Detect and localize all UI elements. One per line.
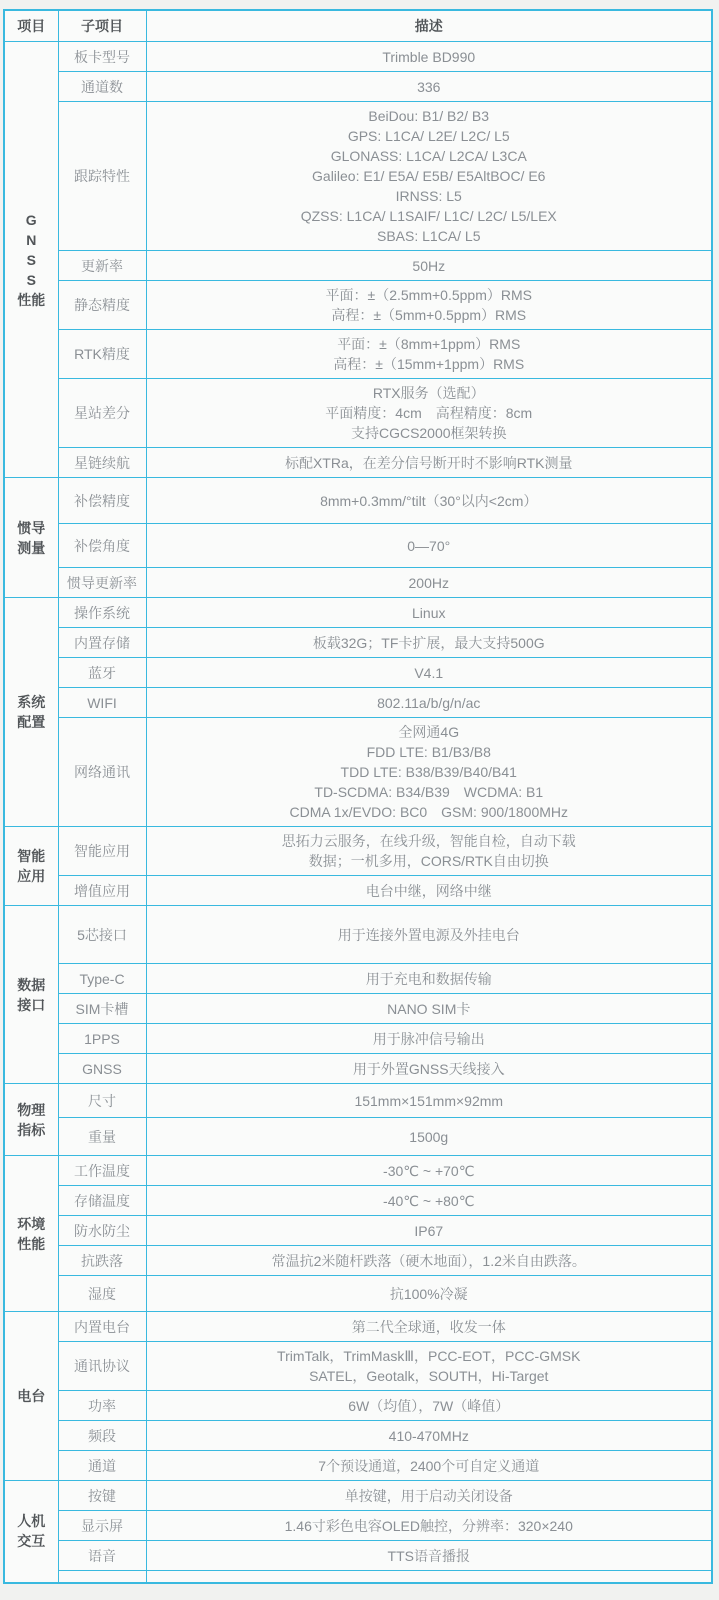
group-label-line: 应用 <box>11 866 52 886</box>
group-label-line: 性能 <box>11 1234 52 1254</box>
table-row: 语音TTS语音播报 <box>4 1541 712 1571</box>
description-cell: 板载32G；TF卡扩展，最大支持500G <box>146 628 712 658</box>
spec-table-body: GNSS性能板卡型号Trimble BD990通道数336跟踪特性BeiDou:… <box>4 42 712 1583</box>
group-label-line: 人机 <box>11 1511 52 1531</box>
description-line: 平面：±（8mm+1ppm）RMS <box>153 334 706 354</box>
description-line: V4.1 <box>153 663 706 683</box>
group-label-line: 惯导 <box>11 518 52 538</box>
table-row: 惯导更新率200Hz <box>4 568 712 598</box>
description-line: -30℃ ~ +70℃ <box>153 1161 706 1181</box>
description-cell: 常温抗2米随杆跌落（硬木地面），1.2米自由跌落。 <box>146 1246 712 1276</box>
description-line: 抗100%冷凝 <box>153 1284 706 1304</box>
subitem-cell: 跟踪特性 <box>58 102 146 251</box>
description-cell: 0—70° <box>146 524 712 568</box>
description-line: 板载32G；TF卡扩展，最大支持500G <box>153 633 706 653</box>
header-row: 项目 子项目 描述 <box>4 10 712 42</box>
description-cell: 抗100%冷凝 <box>146 1276 712 1312</box>
description-line: 第二代全球通，收发一体 <box>153 1317 706 1337</box>
description-line: 常温抗2米随杆跌落（硬木地面），1.2米自由跌落。 <box>153 1251 706 1271</box>
group-label-line: S <box>11 270 52 290</box>
table-row: 电台内置电台第二代全球通，收发一体 <box>4 1312 712 1342</box>
description-line: GLONASS: L1CA/ L2CA/ L3CA <box>153 146 706 166</box>
table-row: 重量1500g <box>4 1118 712 1156</box>
subitem-cell: 操作系统 <box>58 598 146 628</box>
description-line: 数据；一机多用，CORS/RTK自由切换 <box>153 851 706 871</box>
description-line: 用于充电和数据传输 <box>153 969 706 989</box>
group-label-line: 指标 <box>11 1120 52 1140</box>
table-row: 1PPS用于脉冲信号输出 <box>4 1024 712 1054</box>
group-label-line: 测量 <box>11 538 52 558</box>
group-label-line: 系统 <box>11 692 52 712</box>
description-line: 支持CGCS2000框架转换 <box>153 423 706 443</box>
description-cell: 单按键，用于启动关闭设备 <box>146 1481 712 1511</box>
description-cell: TrimTalk，TrimMaskⅢ，PCC-EOT，PCC-GMSKSATEL… <box>146 1342 712 1391</box>
description-line: 全网通4G <box>153 722 706 742</box>
subitem-cell: 防水防尘 <box>58 1216 146 1246</box>
description-cell: Linux <box>146 598 712 628</box>
group-label: 数据接口 <box>4 906 58 1084</box>
description-line: 8mm+0.3mm/°tilt（30°以内<2cm） <box>153 491 706 511</box>
description-cell: RTX服务（选配）平面精度：4cm 高程精度：8cm支持CGCS2000框架转换 <box>146 379 712 448</box>
table-row: 存储温度-40℃ ~ +80℃ <box>4 1186 712 1216</box>
group-label: 惯导测量 <box>4 478 58 598</box>
description-line: 0—70° <box>153 536 706 556</box>
column-header-item: 项目 <box>4 10 58 42</box>
table-row: 跟踪特性BeiDou: B1/ B2/ B3GPS: L1CA/ L2E/ L2… <box>4 102 712 251</box>
description-line: -40℃ ~ +80℃ <box>153 1191 706 1211</box>
table-row: 抗跌落常温抗2米随杆跌落（硬木地面），1.2米自由跌落。 <box>4 1246 712 1276</box>
table-row: 星站差分RTX服务（选配）平面精度：4cm 高程精度：8cm支持CGCS2000… <box>4 379 712 448</box>
table-row: GNSS用于外置GNSS天线接入 <box>4 1054 712 1084</box>
subitem-cell: 通道 <box>58 1451 146 1481</box>
description-line: 1500g <box>153 1127 706 1147</box>
group-label: 人机交互 <box>4 1481 58 1583</box>
group-label-line: 电台 <box>11 1386 52 1406</box>
description-cell: 思拓力云服务，在线升级，智能自检，自动下载数据；一机多用，CORS/RTK自由切… <box>146 827 712 876</box>
subitem-cell: 5芯接口 <box>58 906 146 964</box>
table-row: 内置存储板载32G；TF卡扩展，最大支持500G <box>4 628 712 658</box>
group-label: 环境性能 <box>4 1156 58 1312</box>
table-row: 防水防尘IP67 <box>4 1216 712 1246</box>
table-row: 通道7个预设通道，2400个可自定义通道 <box>4 1451 712 1481</box>
table-row: 蓝牙V4.1 <box>4 658 712 688</box>
description-cell <box>146 1571 712 1583</box>
table-row: 通讯协议TrimTalk，TrimMaskⅢ，PCC-EOT，PCC-GMSKS… <box>4 1342 712 1391</box>
subitem-cell: 1PPS <box>58 1024 146 1054</box>
description-cell: V4.1 <box>146 658 712 688</box>
subitem-cell: 惯导更新率 <box>58 568 146 598</box>
description-line: IRNSS: L5 <box>153 186 706 206</box>
description-cell: 802.11a/b/g/n/ac <box>146 688 712 718</box>
description-cell: -30℃ ~ +70℃ <box>146 1156 712 1186</box>
description-cell: BeiDou: B1/ B2/ B3GPS: L1CA/ L2E/ L2C/ L… <box>146 102 712 251</box>
subitem-cell: 按键 <box>58 1481 146 1511</box>
subitem-cell: 板卡型号 <box>58 42 146 72</box>
subitem-cell: 内置电台 <box>58 1312 146 1342</box>
description-line: 410-470MHz <box>153 1426 706 1446</box>
description-cell: 用于充电和数据传输 <box>146 964 712 994</box>
group-label: 电台 <box>4 1312 58 1481</box>
table-row: 频段410-470MHz <box>4 1421 712 1451</box>
subitem-cell: WIFI <box>58 688 146 718</box>
subitem-cell: 工作温度 <box>58 1156 146 1186</box>
description-line: 平面精度：4cm 高程精度：8cm <box>153 403 706 423</box>
description-cell: 200Hz <box>146 568 712 598</box>
group-label-line: 智能 <box>11 846 52 866</box>
subitem-cell: GNSS <box>58 1054 146 1084</box>
subitem-cell: 补偿角度 <box>58 524 146 568</box>
spec-table-container: 项目 子项目 描述 GNSS性能板卡型号Trimble BD990通道数336跟… <box>3 9 713 1584</box>
group-label: 物理指标 <box>4 1084 58 1156</box>
description-cell: 全网通4GFDD LTE: B1/B3/B8TDD LTE: B38/B39/B… <box>146 718 712 827</box>
description-line: FDD LTE: B1/B3/B8 <box>153 742 706 762</box>
description-line: Trimble BD990 <box>153 47 706 67</box>
table-row: 星链续航标配XTRa，在差分信号断开时不影响RTK测量 <box>4 448 712 478</box>
subitem-cell: 静态精度 <box>58 281 146 330</box>
column-header-description: 描述 <box>146 10 712 42</box>
description-line: Galileo: E1/ E5A/ E5B/ E5AltBOC/ E6 <box>153 166 706 186</box>
subitem-cell: 尺寸 <box>58 1084 146 1118</box>
group-label: GNSS性能 <box>4 42 58 478</box>
table-row: 补偿角度0—70° <box>4 524 712 568</box>
group-label-line: 配置 <box>11 712 52 732</box>
table-row: 系统配置操作系统Linux <box>4 598 712 628</box>
description-cell: NANO SIM卡 <box>146 994 712 1024</box>
description-cell: 6W（均值），7W（峰值） <box>146 1391 712 1421</box>
spec-table-header: 项目 子项目 描述 <box>4 10 712 42</box>
subitem-cell: RTK精度 <box>58 330 146 379</box>
description-line: TD-SCDMA: B34/B39 WCDMA: B1 <box>153 782 706 802</box>
subitem-cell: 重量 <box>58 1118 146 1156</box>
table-row: WIFI802.11a/b/g/n/ac <box>4 688 712 718</box>
description-cell: 7个预设通道，2400个可自定义通道 <box>146 1451 712 1481</box>
table-row: SIM卡槽NANO SIM卡 <box>4 994 712 1024</box>
table-row: 物理指标尺寸151mm×151mm×92mm <box>4 1084 712 1118</box>
description-line: 802.11a/b/g/n/ac <box>153 693 706 713</box>
description-line: QZSS: L1CA/ L1SAIF/ L1C/ L2C/ L5/LEX <box>153 206 706 226</box>
description-cell: 第二代全球通，收发一体 <box>146 1312 712 1342</box>
description-cell: 标配XTRa，在差分信号断开时不影响RTK测量 <box>146 448 712 478</box>
table-row: 显示屏1.46寸彩色电容OLED触控，分辨率：320×240 <box>4 1511 712 1541</box>
group-label-line: 物理 <box>11 1100 52 1120</box>
description-line: 用于外置GNSS天线接入 <box>153 1059 706 1079</box>
table-row: 人机交互按键单按键，用于启动关闭设备 <box>4 1481 712 1511</box>
description-line: 思拓力云服务，在线升级，智能自检，自动下载 <box>153 831 706 851</box>
group-label: 智能应用 <box>4 827 58 906</box>
subitem-cell: 通讯协议 <box>58 1342 146 1391</box>
subitem-cell: 星站差分 <box>58 379 146 448</box>
table-row: 数据接口5芯接口用于连接外置电源及外挂电台 <box>4 906 712 964</box>
subitem-cell: 抗跌落 <box>58 1246 146 1276</box>
description-line: 6W（均值），7W（峰值） <box>153 1396 706 1416</box>
table-row: Type-C用于充电和数据传输 <box>4 964 712 994</box>
description-line: 高程：±（5mm+0.5ppm）RMS <box>153 305 706 325</box>
subitem-cell: 存储温度 <box>58 1186 146 1216</box>
subitem-cell: 功率 <box>58 1391 146 1421</box>
description-line: RTX服务（选配） <box>153 383 706 403</box>
subitem-cell: 蓝牙 <box>58 658 146 688</box>
description-cell: 151mm×151mm×92mm <box>146 1084 712 1118</box>
table-row: 更新率50Hz <box>4 251 712 281</box>
description-line: 151mm×151mm×92mm <box>153 1091 706 1111</box>
description-line: 200Hz <box>153 573 706 593</box>
table-row <box>4 1571 712 1583</box>
description-cell: 用于连接外置电源及外挂电台 <box>146 906 712 964</box>
description-line: Linux <box>153 603 706 623</box>
group-label-line: 接口 <box>11 995 52 1015</box>
subitem-cell: 频段 <box>58 1421 146 1451</box>
description-cell: 410-470MHz <box>146 1421 712 1451</box>
table-row: 网络通讯全网通4GFDD LTE: B1/B3/B8TDD LTE: B38/B… <box>4 718 712 827</box>
description-line: 单按键，用于启动关闭设备 <box>153 1486 706 1506</box>
description-cell: 用于外置GNSS天线接入 <box>146 1054 712 1084</box>
table-row: GNSS性能板卡型号Trimble BD990 <box>4 42 712 72</box>
group-label-line: 性能 <box>11 290 52 310</box>
description-line: CDMA 1x/EVDO: BC0 GSM: 900/1800MHz <box>153 802 706 822</box>
description-cell: 50Hz <box>146 251 712 281</box>
description-line: 1.46寸彩色电容OLED触控，分辨率：320×240 <box>153 1516 706 1536</box>
description-line: BeiDou: B1/ B2/ B3 <box>153 106 706 126</box>
description-cell: 1.46寸彩色电容OLED触控，分辨率：320×240 <box>146 1511 712 1541</box>
subitem-cell: 显示屏 <box>58 1511 146 1541</box>
description-line: 平面：±（2.5mm+0.5ppm）RMS <box>153 285 706 305</box>
description-cell: -40℃ ~ +80℃ <box>146 1186 712 1216</box>
group-label-line: 数据 <box>11 975 52 995</box>
group-label-line: S <box>11 250 52 270</box>
subitem-cell: 更新率 <box>58 251 146 281</box>
group-label-line: G <box>11 210 52 230</box>
group-label-line: 交互 <box>11 1531 52 1551</box>
description-line: IP67 <box>153 1221 706 1241</box>
description-line: TDD LTE: B38/B39/B40/B41 <box>153 762 706 782</box>
table-row: RTK精度平面：±（8mm+1ppm）RMS高程：±（15mm+1ppm）RMS <box>4 330 712 379</box>
subitem-cell: 语音 <box>58 1541 146 1571</box>
table-row: 惯导测量补偿精度8mm+0.3mm/°tilt（30°以内<2cm） <box>4 478 712 524</box>
subitem-cell: 智能应用 <box>58 827 146 876</box>
description-cell: IP67 <box>146 1216 712 1246</box>
group-label: 系统配置 <box>4 598 58 827</box>
description-line: 336 <box>153 77 706 97</box>
group-label-line: 环境 <box>11 1214 52 1234</box>
spec-table: 项目 子项目 描述 GNSS性能板卡型号Trimble BD990通道数336跟… <box>3 9 713 1584</box>
table-row: 增值应用电台中继，网络中继 <box>4 876 712 906</box>
subitem-cell: 补偿精度 <box>58 478 146 524</box>
description-cell: 平面：±（8mm+1ppm）RMS高程：±（15mm+1ppm）RMS <box>146 330 712 379</box>
spec-page: { "colors": { "border": "#39b9df", "head… <box>0 0 719 1600</box>
subitem-cell: 内置存储 <box>58 628 146 658</box>
description-cell: Trimble BD990 <box>146 42 712 72</box>
description-line: 标配XTRa，在差分信号断开时不影响RTK测量 <box>153 453 706 473</box>
description-line: 电台中继，网络中继 <box>153 881 706 901</box>
subitem-cell <box>58 1571 146 1583</box>
description-line: GPS: L1CA/ L2E/ L2C/ L5 <box>153 126 706 146</box>
description-line: 高程：±（15mm+1ppm）RMS <box>153 354 706 374</box>
table-row: 环境性能工作温度-30℃ ~ +70℃ <box>4 1156 712 1186</box>
description-cell: 用于脉冲信号输出 <box>146 1024 712 1054</box>
table-row: 通道数336 <box>4 72 712 102</box>
table-row: 静态精度平面：±（2.5mm+0.5ppm）RMS高程：±（5mm+0.5ppm… <box>4 281 712 330</box>
subitem-cell: 湿度 <box>58 1276 146 1312</box>
description-line: SBAS: L1CA/ L5 <box>153 226 706 246</box>
subitem-cell: 通道数 <box>58 72 146 102</box>
table-row: 智能应用智能应用思拓力云服务，在线升级，智能自检，自动下载数据；一机多用，COR… <box>4 827 712 876</box>
description-line: SATEL，Geotalk，SOUTH，Hi-Target <box>153 1366 706 1386</box>
description-line: 用于连接外置电源及外挂电台 <box>153 925 706 945</box>
description-cell: 8mm+0.3mm/°tilt（30°以内<2cm） <box>146 478 712 524</box>
subitem-cell: SIM卡槽 <box>58 994 146 1024</box>
group-label-line: N <box>11 230 52 250</box>
description-cell: 电台中继，网络中继 <box>146 876 712 906</box>
description-cell: 336 <box>146 72 712 102</box>
description-line: 用于脉冲信号输出 <box>153 1029 706 1049</box>
subitem-cell: 网络通讯 <box>58 718 146 827</box>
table-row: 湿度抗100%冷凝 <box>4 1276 712 1312</box>
description-cell: TTS语音播报 <box>146 1541 712 1571</box>
subitem-cell: 增值应用 <box>58 876 146 906</box>
description-line: TrimTalk，TrimMaskⅢ，PCC-EOT，PCC-GMSK <box>153 1346 706 1366</box>
description-line: 7个预设通道，2400个可自定义通道 <box>153 1456 706 1476</box>
table-row: 功率6W（均值），7W（峰值） <box>4 1391 712 1421</box>
description-cell: 平面：±（2.5mm+0.5ppm）RMS高程：±（5mm+0.5ppm）RMS <box>146 281 712 330</box>
subitem-cell: Type-C <box>58 964 146 994</box>
description-cell: 1500g <box>146 1118 712 1156</box>
description-line: 50Hz <box>153 256 706 276</box>
description-line: TTS语音播报 <box>153 1546 706 1566</box>
description-line: NANO SIM卡 <box>153 999 706 1019</box>
column-header-subitem: 子项目 <box>58 10 146 42</box>
subitem-cell: 星链续航 <box>58 448 146 478</box>
